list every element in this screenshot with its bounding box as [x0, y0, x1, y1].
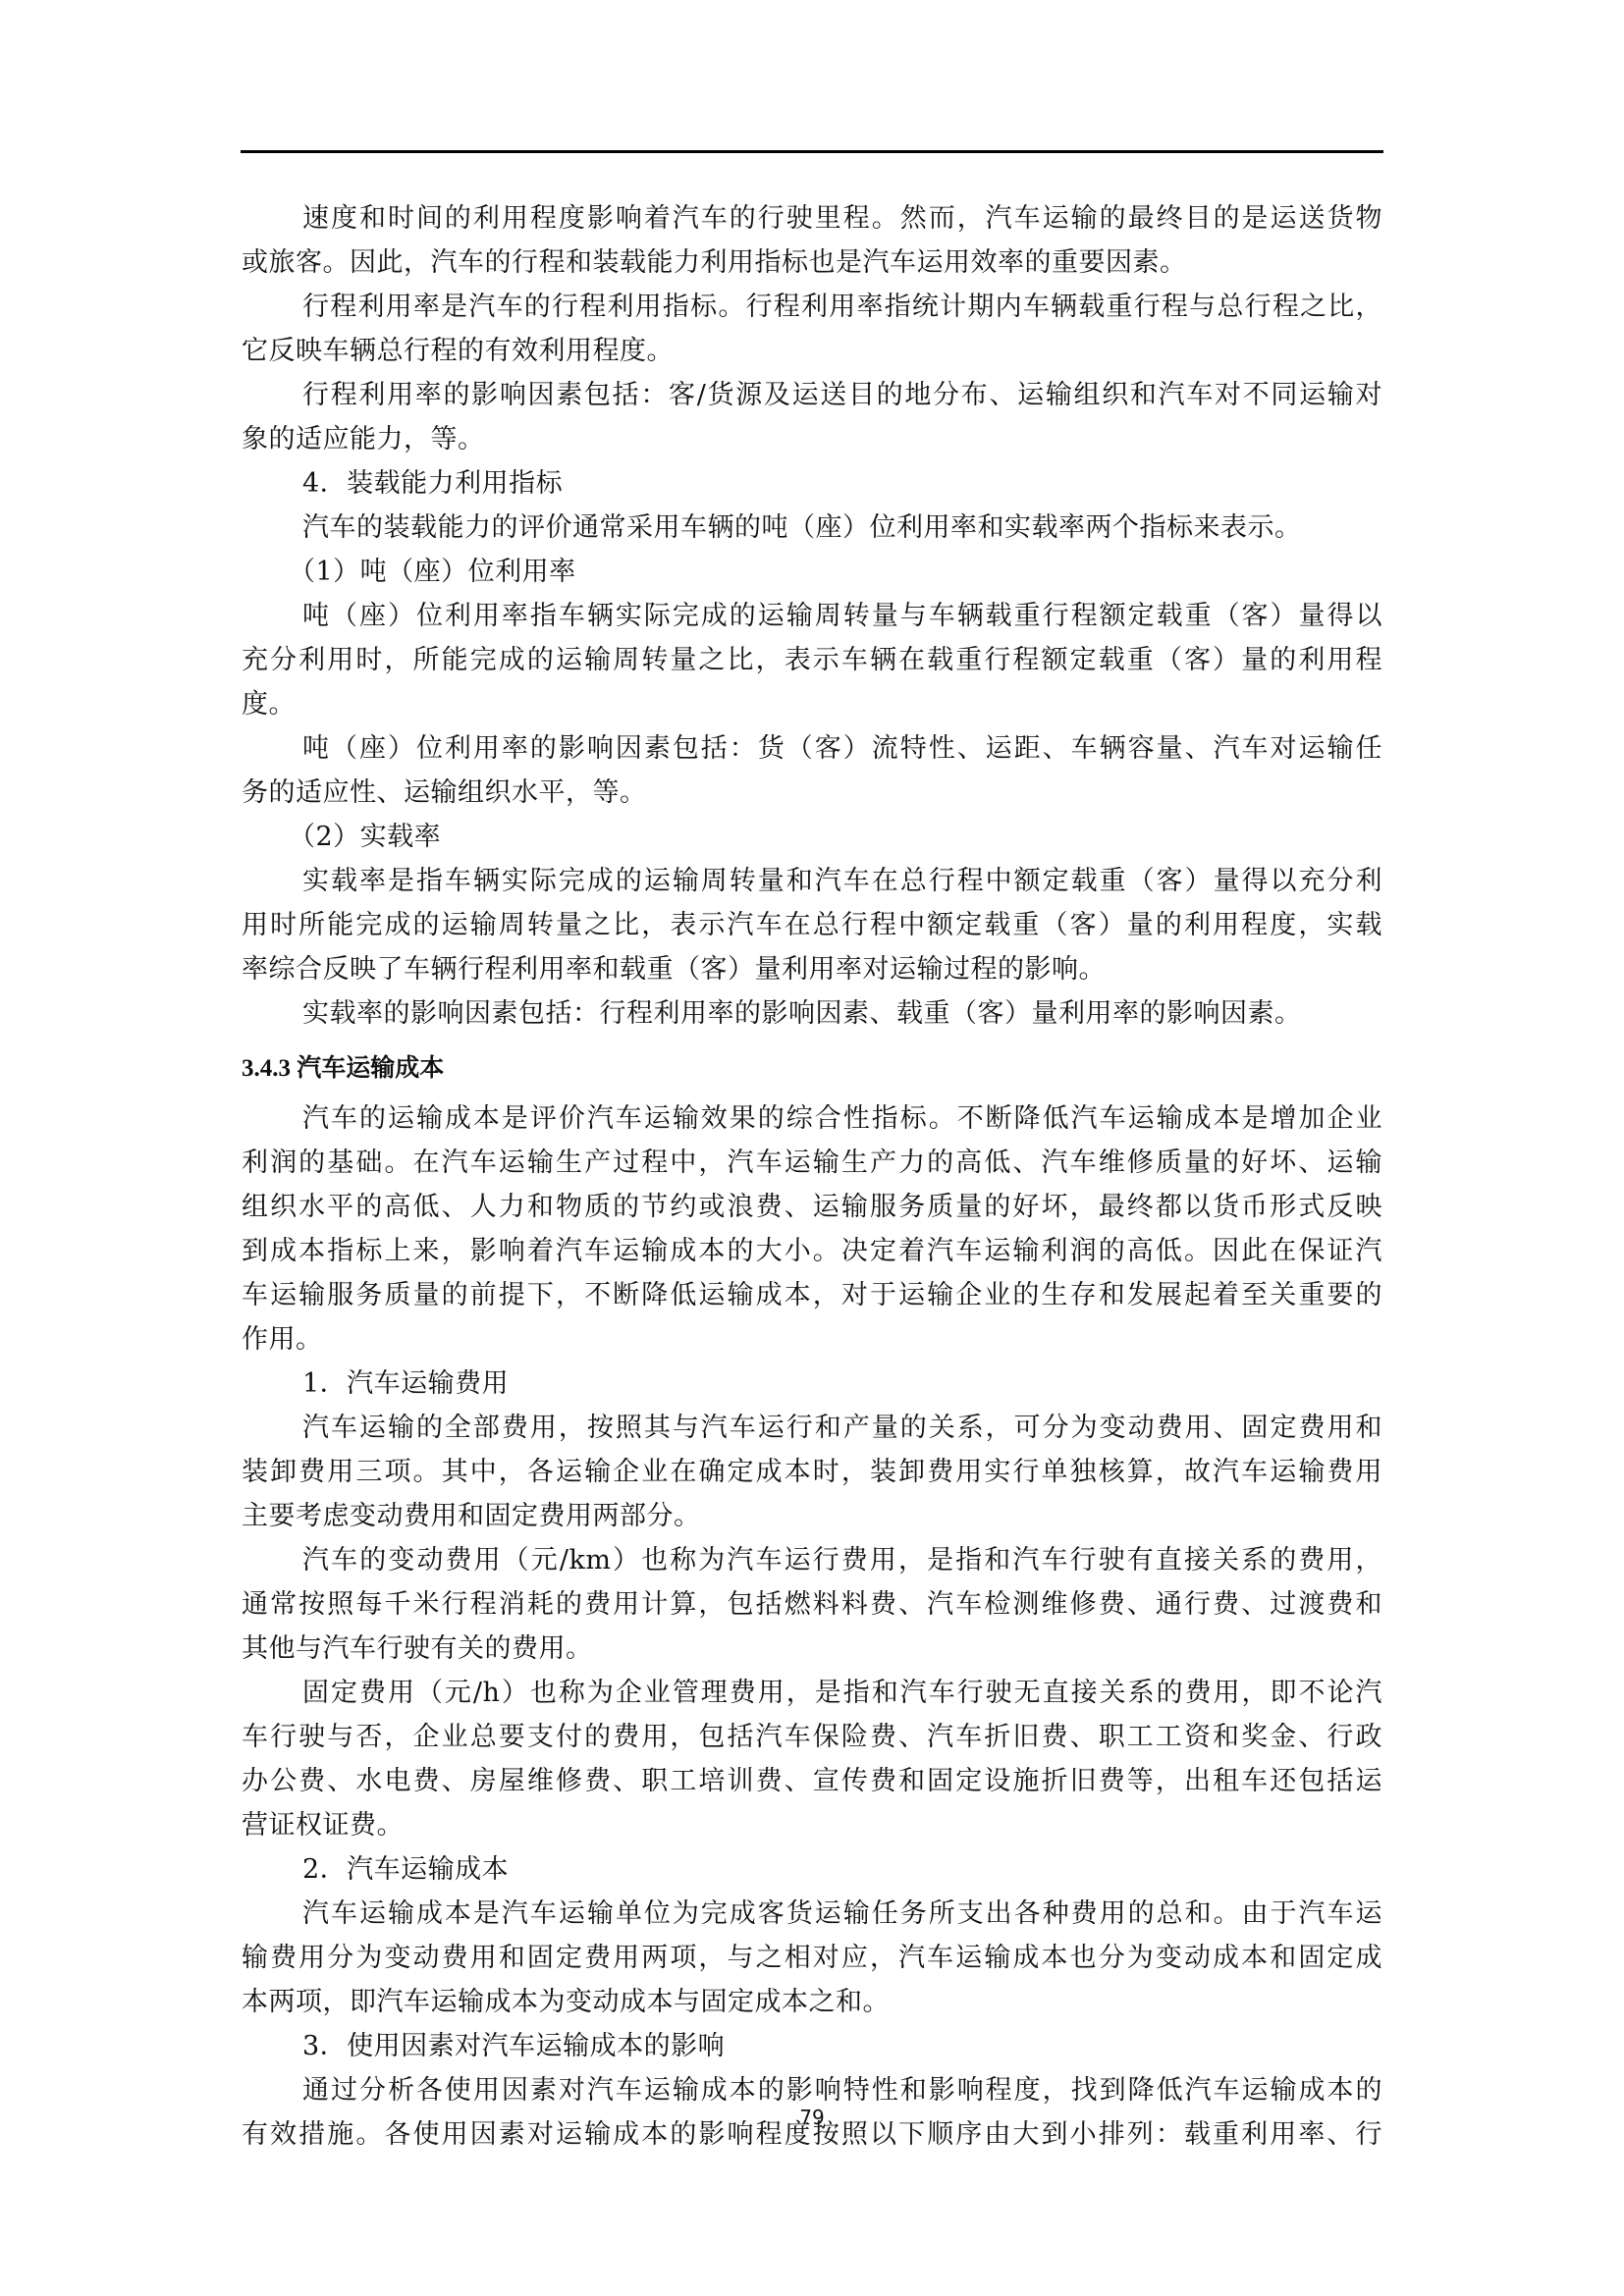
- text-line: 汽车的运输成本是评价汽车运输效果的综合性指标。不断降低汽车运输成本是增加企业: [242, 1096, 1382, 1141]
- document-page: 速度和时间的利用程度影响着汽车的行驶里程。然而，汽车运输的最终目的是运送货物或旅…: [0, 0, 1624, 2296]
- text-line: 作用。: [242, 1317, 1382, 1362]
- text-line: 汽车的变动费用（元/km）也称为汽车运行费用，是指和汽车行驶有直接关系的费用，: [242, 1538, 1382, 1582]
- text-line: 吨（座）位利用率指车辆实际完成的运输周转量与车辆载重行程额定载重（客）量得以: [242, 594, 1382, 638]
- text-line: 充分利用时，所能完成的运输周转量之比，表示车辆在载重行程额定载重（客）量的利用程: [242, 638, 1382, 682]
- text-line: 车行驶与否，企业总要支付的费用，包括汽车保险费、汽车折旧费、职工工资和奖金、行政: [242, 1715, 1382, 1759]
- text-line: 利润的基础。在汽车运输生产过程中，汽车运输生产力的高低、汽车维修质量的好坏、运输: [242, 1141, 1382, 1185]
- text-line: 3．使用因素对汽车运输成本的影响: [242, 2024, 1382, 2068]
- text-line: 输费用分为变动费用和固定费用两项，与之相对应，汽车运输成本也分为变动成本和固定成: [242, 1936, 1382, 1980]
- section-3-4-2-continued: 速度和时间的利用程度影响着汽车的行驶里程。然而，汽车运输的最终目的是运送货物或旅…: [242, 196, 1382, 1036]
- text-line: 实载率是指车辆实际完成的运输周转量和汽车在总行程中额定载重（客）量得以充分利: [242, 859, 1382, 903]
- text-line: 它反映车辆总行程的有效利用程度。: [242, 329, 1382, 373]
- text-line: 行程利用率是汽车的行程利用指标。行程利用率指统计期内车辆载重行程与总行程之比，: [242, 285, 1382, 329]
- header-rule-divider: [241, 150, 1383, 153]
- text-line: 务的适应性、运输组织水平，等。: [242, 771, 1382, 815]
- text-line: 通常按照每千米行程消耗的费用计算，包括燃料料费、汽车检测维修费、通行费、过渡费和: [242, 1582, 1382, 1627]
- text-line: （1）吨（座）位利用率: [242, 550, 1382, 594]
- text-line: （2）实载率: [242, 815, 1382, 859]
- text-line: 或旅客。因此，汽车的行程和装载能力利用指标也是汽车运用效率的重要因素。: [242, 240, 1382, 285]
- text-line: 本两项，即汽车运输成本为变动成本与固定成本之和。: [242, 1980, 1382, 2024]
- text-line: 1．汽车运输费用: [242, 1362, 1382, 1406]
- text-line: 汽车运输的全部费用，按照其与汽车运行和产量的关系，可分为变动费用、固定费用和: [242, 1406, 1382, 1450]
- text-line: 速度和时间的利用程度影响着汽车的行驶里程。然而，汽车运输的最终目的是运送货物: [242, 196, 1382, 240]
- section-heading: 3.4.3 汽车运输成本: [242, 1041, 1382, 1096]
- text-line: 办公费、水电费、房屋维修费、职工培训费、宣传费和固定设施折旧费等，出租车还包括运: [242, 1759, 1382, 1803]
- text-line: 吨（座）位利用率的影响因素包括：货（客）流特性、运距、车辆容量、汽车对运输任: [242, 726, 1382, 771]
- text-line: 实载率的影响因素包括：行程利用率的影响因素、载重（客）量利用率的影响因素。: [242, 991, 1382, 1036]
- text-line: 车运输服务质量的前提下，不断降低运输成本，对于运输企业的生存和发展起着至关重要的: [242, 1273, 1382, 1317]
- text-line: 其他与汽车行驶有关的费用。: [242, 1627, 1382, 1671]
- text-line: 率综合反映了车辆行程利用率和载重（客）量利用率对运输过程的影响。: [242, 947, 1382, 991]
- text-line: 4．装载能力利用指标: [242, 461, 1382, 506]
- text-line: 2．汽车运输成本: [242, 1847, 1382, 1892]
- section-3-4-3-body: 汽车的运输成本是评价汽车运输效果的综合性指标。不断降低汽车运输成本是增加企业利润…: [242, 1096, 1382, 2157]
- text-line: 营证权证费。: [242, 1803, 1382, 1847]
- text-line: 度。: [242, 682, 1382, 726]
- text-line: 主要考虑变动费用和固定费用两部分。: [242, 1494, 1382, 1538]
- text-line: 固定费用（元/h）也称为企业管理费用，是指和汽车行驶无直接关系的费用，即不论汽: [242, 1671, 1382, 1715]
- text-line: 用时所能完成的运输周转量之比，表示汽车在总行程中额定载重（客）量的利用程度，实载: [242, 903, 1382, 947]
- text-line: 汽车运输成本是汽车运输单位为完成客货运输任务所支出各种费用的总和。由于汽车运: [242, 1892, 1382, 1936]
- text-line: 到成本指标上来，影响着汽车运输成本的大小。决定着汽车运输利润的高低。因此在保证汽: [242, 1229, 1382, 1273]
- text-line: 装卸费用三项。其中，各运输企业在确定成本时，装卸费用实行单独核算，故汽车运输费用: [242, 1450, 1382, 1494]
- text-line: 象的适应能力，等。: [242, 417, 1382, 461]
- page-number: 79: [0, 2106, 1624, 2129]
- page-body: 速度和时间的利用程度影响着汽车的行驶里程。然而，汽车运输的最终目的是运送货物或旅…: [242, 196, 1382, 2157]
- text-line: 行程利用率的影响因素包括：客/货源及运送目的地分布、运输组织和汽车对不同运输对: [242, 373, 1382, 417]
- text-line: 组织水平的高低、人力和物质的节约或浪费、运输服务质量的好坏，最终都以货币形式反映: [242, 1185, 1382, 1229]
- text-line: 汽车的装载能力的评价通常采用车辆的吨（座）位利用率和实载率两个指标来表示。: [242, 506, 1382, 550]
